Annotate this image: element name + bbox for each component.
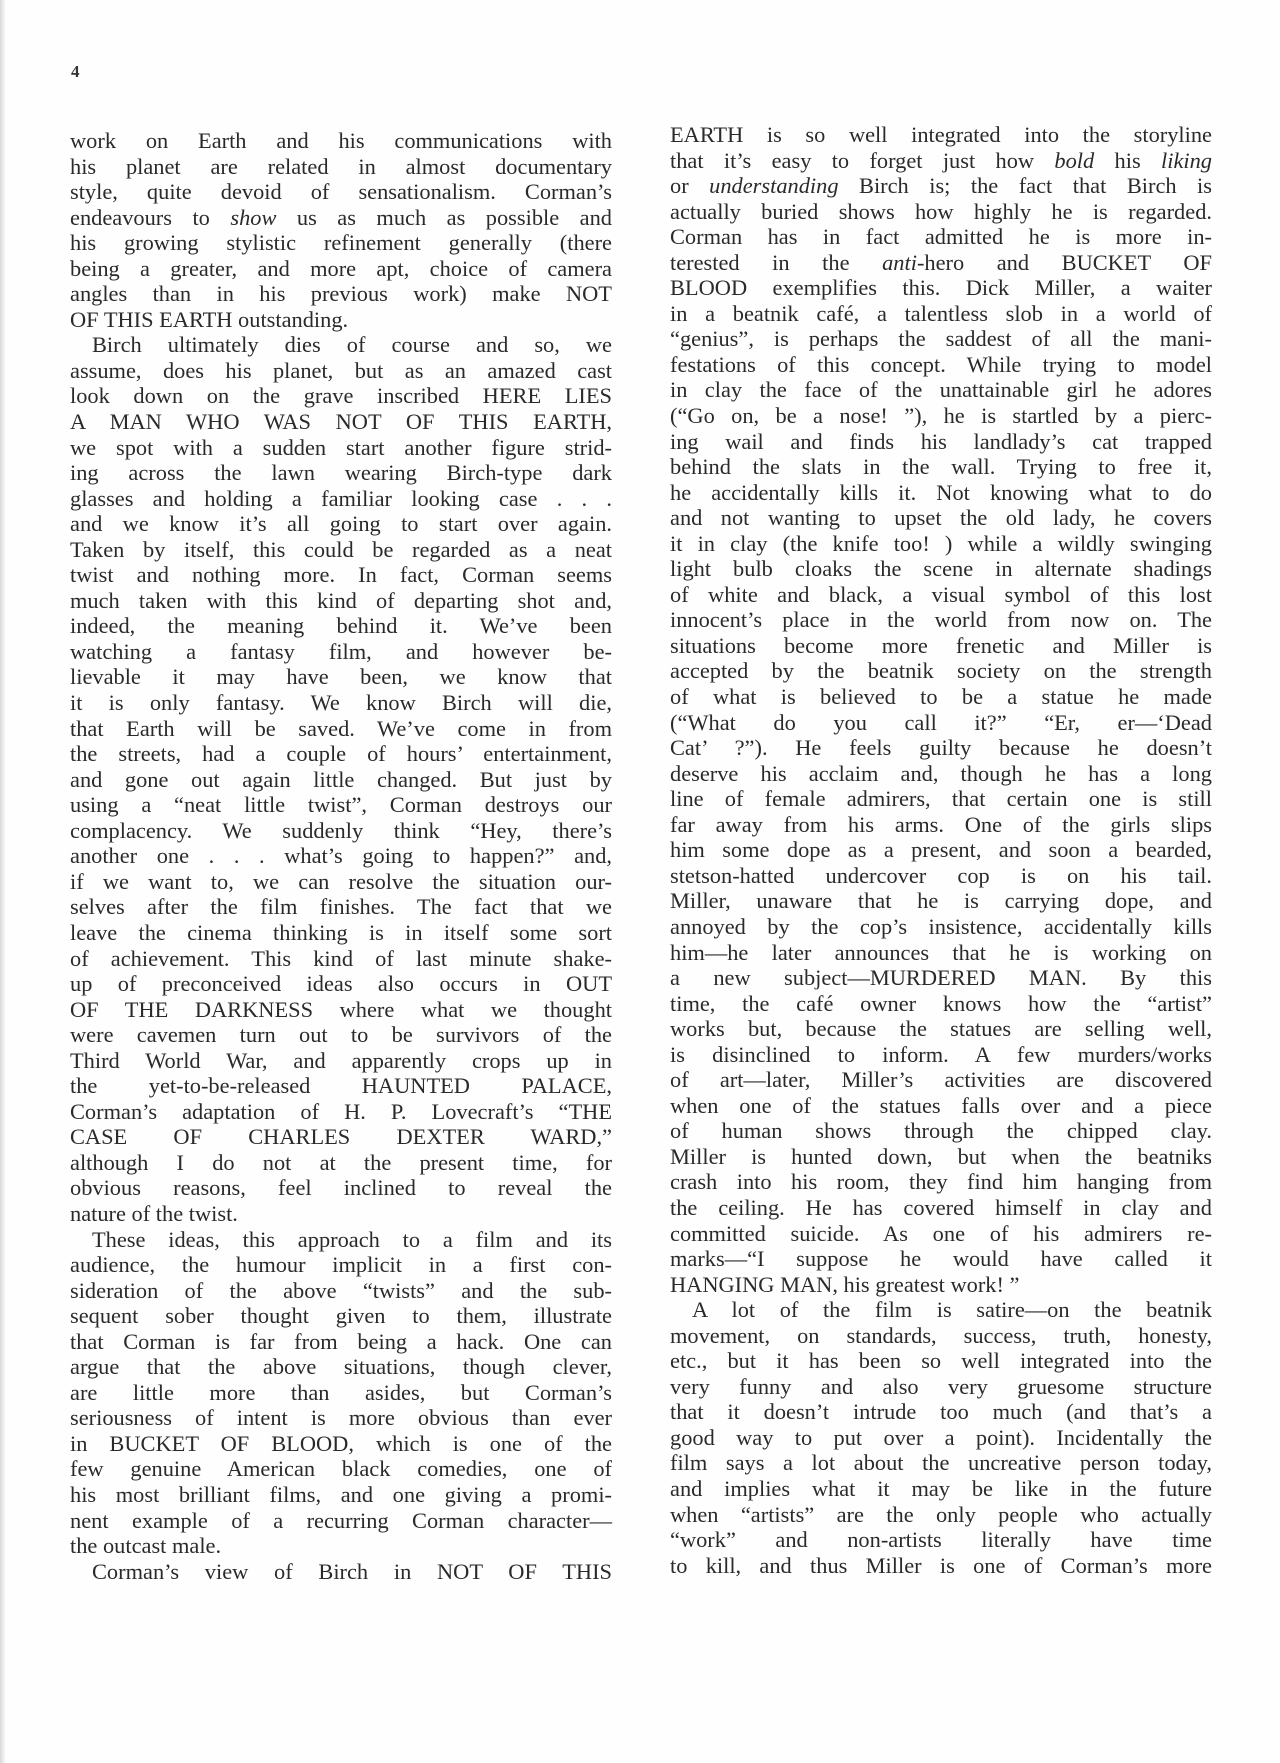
text-line: that Corman is far from being a hack. On…	[70, 1329, 612, 1355]
text-line: obvious reasons, feel inclined to reveal…	[70, 1175, 612, 1201]
text-line: Taken by itself, this could be regarded …	[70, 537, 612, 563]
text-line: we spot with a sudden start another figu…	[70, 435, 612, 461]
text-line: of human shows through the chipped clay.	[670, 1118, 1212, 1144]
text-line: to kill, and thus Miller is one of Corma…	[670, 1553, 1212, 1579]
text-line: much taken with this kind of departing s…	[70, 588, 612, 614]
text-line: endeavours to show us as much as possibl…	[70, 205, 612, 231]
text-line: sequent sober thought given to them, ill…	[70, 1303, 612, 1329]
text-line: his planet are related in almost documen…	[70, 154, 612, 180]
text-line: works but, because the statues are selli…	[670, 1016, 1212, 1042]
text-line: “genius”, is perhaps the saddest of all …	[670, 326, 1212, 352]
text-line: BLOOD exemplifies this. Dick Miller, a w…	[670, 275, 1212, 301]
text-line: (“What do you call it?” “Er, er—‘Dead	[670, 710, 1212, 736]
text-line: OF THIS EARTH outstanding.	[70, 307, 612, 333]
text-line: nent example of a recurring Corman chara…	[70, 1508, 612, 1534]
text-line: light bulb cloaks the scene in alternate…	[670, 556, 1212, 582]
text-line: and gone out again little changed. But j…	[70, 767, 612, 793]
text-line: twist and nothing more. In fact, Corman …	[70, 562, 612, 588]
text-line: These ideas, this approach to a film and…	[70, 1227, 612, 1253]
text-line: being a greater, and more apt, choice of…	[70, 256, 612, 282]
text-line: leave the cinema thinking is in itself s…	[70, 920, 612, 946]
text-line: festations of this concept. While trying…	[670, 352, 1212, 378]
text-line: crash into his room, they find him hangi…	[670, 1169, 1212, 1195]
text-line: audience, the humour implicit in a first…	[70, 1252, 612, 1278]
text-line: that it doesn’t intrude too much (and th…	[670, 1399, 1212, 1425]
text-line: although I do not at the present time, f…	[70, 1150, 612, 1176]
text-line: behind the slats in the wall. Trying to …	[670, 454, 1212, 480]
text-line: seriousness of intent is more obvious th…	[70, 1405, 612, 1431]
text-line: of white and black, a visual symbol of t…	[670, 582, 1212, 608]
text-line: terested in the anti-hero and BUCKET OF	[670, 250, 1212, 276]
left-text-column: work on Earth and his communications wit…	[70, 128, 612, 1584]
text-line: Miller, unaware that he is carrying dope…	[670, 888, 1212, 914]
text-line: glasses and holding a familiar looking c…	[70, 486, 612, 512]
text-line: when “artists” are the only people who a…	[670, 1502, 1212, 1528]
text-line: in a beatnik café, a talentless slob in …	[670, 301, 1212, 327]
text-line: stetson-hatted undercover cop is on his …	[670, 863, 1212, 889]
right-text-column: EARTH is so well integrated into the sto…	[670, 122, 1212, 1578]
text-line: that it’s easy to forget just how bold h…	[670, 148, 1212, 174]
text-line: Miller is hunted down, but when the beat…	[670, 1144, 1212, 1170]
text-line: and implies what it may be like in the f…	[670, 1476, 1212, 1502]
text-line: indeed, the meaning behind it. We’ve bee…	[70, 613, 612, 639]
text-line: “work” and non-artists literally have ti…	[670, 1527, 1212, 1553]
text-line: lievable it may have been, we know that	[70, 664, 612, 690]
text-line: look down on the grave inscribed HERE LI…	[70, 383, 612, 409]
text-line: Birch ultimately dies of course and so, …	[70, 332, 612, 358]
text-line: it is only fantasy. We know Birch will d…	[70, 690, 612, 716]
text-line: A MAN WHO WAS NOT OF THIS EARTH,	[70, 409, 612, 435]
text-line: ing across the lawn wearing Birch-type d…	[70, 460, 612, 486]
text-line: angles than in his previous work) make N…	[70, 281, 612, 307]
page-edge-shadow	[0, 0, 6, 1763]
text-line: innocent’s place in the world from now o…	[670, 607, 1212, 633]
text-line: up of preconceived ideas also occurs in …	[70, 971, 612, 997]
text-line: good way to put over a point). Incidenta…	[670, 1425, 1212, 1451]
text-line: film says a lot about the uncreative per…	[670, 1450, 1212, 1476]
text-line: Corman has in fact admitted he is more i…	[670, 224, 1212, 250]
text-line: the ceiling. He has covered himself in c…	[670, 1195, 1212, 1221]
text-line: far away from his arms. One of the girls…	[670, 812, 1212, 838]
text-line: etc., but it has been so well integrated…	[670, 1348, 1212, 1374]
text-line: work on Earth and his communications wit…	[70, 128, 612, 154]
text-line: are little more than asides, but Corman’…	[70, 1380, 612, 1406]
text-line: EARTH is so well integrated into the sto…	[670, 122, 1212, 148]
text-line: nature of the twist.	[70, 1201, 612, 1227]
page-number: 4	[71, 62, 80, 82]
text-line: it in clay (the knife too! ) while a wil…	[670, 531, 1212, 557]
text-line: the yet-to-be-released HAUNTED PALACE,	[70, 1073, 612, 1099]
text-line: HANGING MAN, his greatest work! ”	[670, 1272, 1212, 1298]
text-line: deserve his acclaim and, though he has a…	[670, 761, 1212, 787]
text-line: the outcast male.	[70, 1533, 612, 1559]
text-line: sideration of the above “twists” and the…	[70, 1278, 612, 1304]
text-line: line of female admirers, that certain on…	[670, 786, 1212, 812]
text-line: in BUCKET OF BLOOD, which is one of the	[70, 1431, 612, 1457]
text-line: Corman’s adaptation of H. P. Lovecraft’s…	[70, 1099, 612, 1125]
text-line: actually buried shows how highly he is r…	[670, 199, 1212, 225]
text-line: marks—“I suppose he would have called it	[670, 1246, 1212, 1272]
magazine-page: 4 work on Earth and his communications w…	[0, 0, 1280, 1763]
text-line: another one . . . what’s going to happen…	[70, 843, 612, 869]
text-line: Third World War, and apparently crops up…	[70, 1048, 612, 1074]
text-line: that Earth will be saved. We’ve come in …	[70, 716, 612, 742]
text-line: ing wail and finds his landlady’s cat tr…	[670, 429, 1212, 455]
text-line: Cat’ ?”). He feels guilty because he doe…	[670, 735, 1212, 761]
text-line: Corman’s view of Birch in NOT OF THIS	[70, 1559, 612, 1585]
text-line: his most brilliant films, and one giving…	[70, 1482, 612, 1508]
text-line: assume, does his planet, but as an amaze…	[70, 358, 612, 384]
text-line: few genuine American black comedies, one…	[70, 1456, 612, 1482]
text-line: and not wanting to upset the old lady, h…	[670, 505, 1212, 531]
text-line: situations become more frenetic and Mill…	[670, 633, 1212, 659]
text-line: using a “neat little twist”, Corman dest…	[70, 792, 612, 818]
text-line: argue that the above situations, though …	[70, 1354, 612, 1380]
text-line: him—he later announces that he is workin…	[670, 940, 1212, 966]
text-line: watching a fantasy film, and however be-	[70, 639, 612, 665]
text-line: selves after the film finishes. The fact…	[70, 894, 612, 920]
text-line: the streets, had a couple of hours’ ente…	[70, 741, 612, 767]
text-line: and we know it’s all going to start over…	[70, 511, 612, 537]
text-line: were cavemen turn out to be survivors of…	[70, 1022, 612, 1048]
text-line: if we want to, we can resolve the situat…	[70, 869, 612, 895]
text-line: accepted by the beatnik society on the s…	[670, 658, 1212, 684]
text-line: committed suicide. As one of his admirer…	[670, 1221, 1212, 1247]
text-line: when one of the statues falls over and a…	[670, 1093, 1212, 1119]
text-line: complacency. We suddenly think “Hey, the…	[70, 818, 612, 844]
text-line: of what is believed to be a statue he ma…	[670, 684, 1212, 710]
text-line: in clay the face of the unattainable gir…	[670, 377, 1212, 403]
text-line: annoyed by the cop’s insistence, acciden…	[670, 914, 1212, 940]
text-line: (“Go on, be a nose! ”), he is startled b…	[670, 403, 1212, 429]
text-line: of art—later, Miller’s activities are di…	[670, 1067, 1212, 1093]
text-line: is disinclined to inform. A few murders/…	[670, 1042, 1212, 1068]
text-line: or understanding Birch is; the fact that…	[670, 173, 1212, 199]
text-line: he accidentally kills it. Not knowing wh…	[670, 480, 1212, 506]
text-line: very funny and also very gruesome struct…	[670, 1374, 1212, 1400]
text-line: him some dope as a present, and soon a b…	[670, 837, 1212, 863]
text-line: movement, on standards, success, truth, …	[670, 1323, 1212, 1349]
text-line: style, quite devoid of sensationalism. C…	[70, 179, 612, 205]
text-line: time, the café owner knows how the “arti…	[670, 991, 1212, 1017]
text-line: CASE OF CHARLES DEXTER WARD,”	[70, 1124, 612, 1150]
text-line: of achievement. This kind of last minute…	[70, 946, 612, 972]
text-line: a new subject—MURDERED MAN. By this	[670, 965, 1212, 991]
text-line: OF THE DARKNESS where what we thought	[70, 997, 612, 1023]
text-line: A lot of the film is satire—on the beatn…	[670, 1297, 1212, 1323]
text-line: his growing stylistic refinement general…	[70, 230, 612, 256]
